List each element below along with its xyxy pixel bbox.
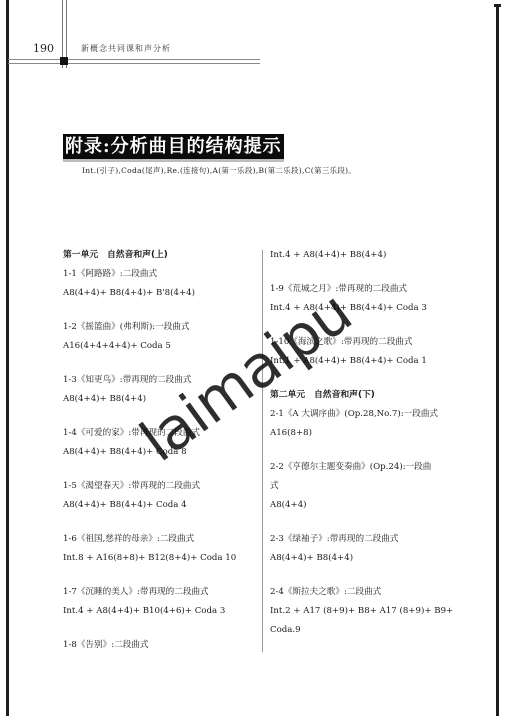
piece-entry-continued: Int.4 + A8(4+4)+ B8(4+4) [270,246,470,265]
piece-entry: 2-4《斯拉夫之歌》:二段曲式 Int.2 + A17 (8+9)+ B8+ A… [270,583,470,640]
header-square-mark [60,57,68,65]
right-column: Int.4 + A8(4+4)+ B8(4+4) 1-9《荒城之月》:带再现的二… [270,246,470,655]
piece-entry: 1-10《海滨之歌》:带再现的二段曲式 Int.1 + A8(4+4)+ B8(… [270,333,470,371]
abbreviation-legend: Int.(引子),Coda(尾声),Re.(连接句),A(第一乐段),B(第二乐… [82,165,356,176]
piece-form: A8(4+4)+ B8(4+4)+ Coda 4 [63,496,253,515]
piece-title: 1-2《摇篮曲》(弗利斯):一段曲式 [63,318,253,337]
piece-title-continued: 式 [270,477,470,496]
piece-form: Int.2 + A17 (8+9)+ B8+ A17 (8+9)+ B9+ [270,602,470,621]
piece-form: A8(4+4)+ B8(4+4)+ B'8(4+4) [63,284,253,303]
page-edge-right [496,4,499,716]
piece-entry: 2-1《A 大调序曲》(Op.28,No.7):一段曲式 A16(8+8) [270,405,470,443]
piece-title: 2-2《亨德尔主题变奏曲》(Op.24):一段曲 [270,458,470,477]
header-horizontal-rule [8,59,260,60]
piece-title: 1-3《知更鸟》:带再现的二段曲式 [63,371,253,390]
piece-form-continued: Coda.9 [270,621,470,640]
page-edge-left [6,0,9,716]
piece-form: A8(4+4) [270,496,470,515]
piece-entry: 1-1《阿路路》:二段曲式 A8(4+4)+ B8(4+4)+ B'8(4+4) [63,265,253,303]
header-horizontal-rule [8,63,260,64]
piece-title: 1-4《可爱的家》:带再现的二段曲式 [63,424,253,443]
piece-form: A16(8+8) [270,424,470,443]
piece-entry: 1-5《渴望春天》:带再现的二段曲式 A8(4+4)+ B8(4+4)+ Cod… [63,477,253,515]
piece-title: 1-10《海滨之歌》:带再现的二段曲式 [270,333,470,352]
left-column: 第一单元 自然音和声(上) 1-1《阿路路》:二段曲式 A8(4+4)+ B8(… [63,246,253,670]
piece-title: 1-9《荒城之月》:带再现的二段曲式 [270,280,470,299]
piece-title: 1-8《告别》:二段曲式 [63,636,253,655]
unit-heading: 第二单元 自然音和声(下) [270,386,470,405]
piece-title: 1-5《渴望春天》:带再现的二段曲式 [63,477,253,496]
piece-entry: 2-3《绿袖子》:带再现的二段曲式 A8(4+4)+ B8(4+4) [270,530,470,568]
piece-form: A8(4+4)+ B8(4+4)+ Coda 8 [63,443,253,462]
piece-entry: 1-6《祖国,慈祥的母亲》:二段曲式 Int.8 + A16(8+8)+ B12… [63,530,253,568]
piece-entry: 1-7《沉睡的美人》:带再现的二段曲式 Int.4 + A8(4+4)+ B10… [63,583,253,621]
piece-title: 2-1《A 大调序曲》(Op.28,No.7):一段曲式 [270,405,470,424]
appendix-title: 附录:分析曲目的结构提示 [63,134,284,159]
column-divider [262,250,263,652]
piece-form: Int.4 + A8(4+4)+ B10(4+6)+ Coda 3 [63,602,253,621]
piece-entry: 1-8《告别》:二段曲式 [63,636,253,655]
piece-title: 1-1《阿路路》:二段曲式 [63,265,253,284]
piece-form: A8(4+4)+ B8(4+4) [63,390,253,409]
piece-form: Int.1 + A8(4+4)+ B8(4+4)+ Coda 1 [270,352,470,371]
piece-title: 1-6《祖国,慈祥的母亲》:二段曲式 [63,530,253,549]
piece-form: Int.4 + A8(4+4)+ B8(4+4) [270,246,470,265]
piece-form: Int.4 + A8(4+4)+ B8(4+4)+ Coda 3 [270,299,470,318]
piece-entry: 1-2《摇篮曲》(弗利斯):一段曲式 A16(4+4+4+4)+ Coda 5 [63,318,253,356]
piece-entry: 1-3《知更鸟》:带再现的二段曲式 A8(4+4)+ B8(4+4) [63,371,253,409]
piece-form: A16(4+4+4+4)+ Coda 5 [63,337,253,356]
piece-title: 1-7《沉睡的美人》:带再现的二段曲式 [63,583,253,602]
piece-form: A8(4+4)+ B8(4+4) [270,549,470,568]
running-head: 新概念共同课和声分析 [81,43,171,54]
piece-entry: 2-2《亨德尔主题变奏曲》(Op.24):一段曲 式 A8(4+4) [270,458,470,515]
piece-form: Int.8 + A16(8+8)+ B12(8+4)+ Coda 10 [63,549,253,568]
piece-entry: 1-9《荒城之月》:带再现的二段曲式 Int.4 + A8(4+4)+ B8(4… [270,280,470,318]
piece-title: 2-4《斯拉夫之歌》:二段曲式 [270,583,470,602]
piece-entry: 1-4《可爱的家》:带再现的二段曲式 A8(4+4)+ B8(4+4)+ Cod… [63,424,253,462]
unit-heading: 第一单元 自然音和声(上) [63,246,253,265]
page-number: 190 [33,42,54,55]
piece-title: 2-3《绿袖子》:带再现的二段曲式 [270,530,470,549]
